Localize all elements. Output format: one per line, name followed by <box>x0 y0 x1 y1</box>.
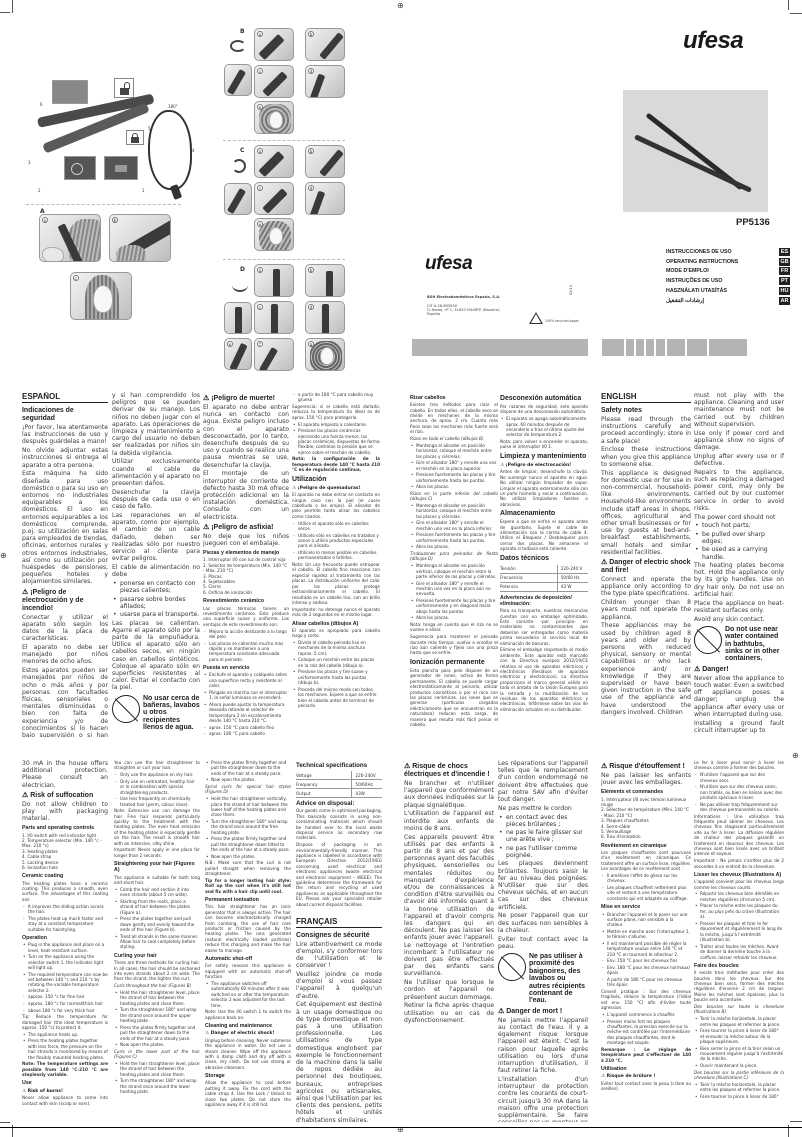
figure-separator <box>26 204 181 205</box>
language-code-badge: ES <box>779 248 790 256</box>
paragraph: Conectar y utilizar el aparato sólo segú… <box>22 614 108 643</box>
list-item: approx. 150 °c for fine hair <box>22 994 108 999</box>
section-heading: Cleaning and maintenance <box>205 1023 291 1029</box>
table-row: Potencia43 W <box>500 582 588 591</box>
figure-c-a: a <box>254 145 294 178</box>
list-item: The plates heat up much faster and stay … <box>22 916 108 932</box>
section-heading: Utilización <box>292 476 380 484</box>
paragraph: El aparato no debe entrar en contacto en… <box>292 492 380 519</box>
figure-a-a: a <box>39 214 101 262</box>
straightener-graphic <box>259 347 278 371</box>
section-heading: Parts and operating controls <box>22 825 108 831</box>
language-code-badge: HU <box>779 287 790 295</box>
list-item: Faire tourner la pince à lisser de 180° <box>694 1094 784 1099</box>
es-column-3: ⚠ ¡Peligro de muerte! El aparato no debe… <box>203 392 289 737</box>
figure-d-a: a <box>254 264 294 297</box>
header-bar-gb <box>602 339 747 356</box>
list-item: Placer la mèche entre les plaques du fer… <box>694 903 784 919</box>
paragraph: Unplug after every use or if defective. <box>694 453 784 467</box>
curl-icon <box>230 40 246 52</box>
list-item: A partir de 180 °C pour les cheveux très… <box>601 977 691 988</box>
subsection-label: Tirabuzones para peinados de fiesta (dib… <box>410 551 498 562</box>
list-item: Coloque un mechón entre las placas en la… <box>292 657 380 668</box>
list-item: Abra las placas. <box>410 615 498 620</box>
paragraph: The heating plates become hot. Hold the … <box>694 562 784 598</box>
paragraph: Les plaques chauffantes sont pourvues d'… <box>601 850 691 872</box>
paragraph: El aparato no debe ser manejado por niño… <box>22 644 108 666</box>
list-item: be pulled over sharp edges; <box>694 531 784 545</box>
figure-step-number: a <box>257 267 263 273</box>
fr-column-5: Le fer à lisser peut servir à lisser les… <box>694 760 784 1122</box>
language-title: MODE D'EMPLOI <box>666 268 709 274</box>
bullet-list: Hold the hair straightener level, place … <box>114 1061 200 1095</box>
table-row: Voltage220-240V <box>296 771 382 780</box>
straightener-graphic <box>258 34 284 60</box>
language-title: INSTRUÇÕES DE USO <box>666 278 723 284</box>
figure-d-b: b <box>305 264 345 297</box>
product-diagram: 6 3 2 1 4 5 180° <box>30 70 200 210</box>
paragraph: Las placas se calientan. Agarre el apara… <box>112 620 200 692</box>
list-item: Presser moins fort les plaques chauffant… <box>601 1019 691 1046</box>
bullet-list: Mantenga el alisador en posición vertica… <box>410 563 498 621</box>
section-heading: Consignes de sécurité <box>296 932 382 940</box>
bullet-list: Only use the appliance on dry hair. Only… <box>114 772 200 807</box>
list-item: Utilícelo lo menos posible en cabellos p… <box>292 550 380 561</box>
straightener-graphic <box>262 71 287 96</box>
figure-separator <box>223 140 345 141</box>
company-address-3: España <box>427 312 440 316</box>
language-pt: INSTRUÇÕES DE USOPT <box>666 278 802 287</box>
bullet-list: Divida el cabello peinado liso en mechon… <box>292 640 380 708</box>
list-item: N'utiliser l'appareil que sur des cheveu… <box>694 772 784 783</box>
paragraph: Ces appareils peuvent être utilisés par … <box>404 834 494 978</box>
paragraph: Retirer la fiche après chaque utilisatio… <box>404 1002 494 1024</box>
note-paragraph: Note: Extensive use can damage the hair.… <box>114 808 200 846</box>
bullet-list: Mejora la acción deslizante a lo largo d… <box>203 629 289 663</box>
paragraph: Lire attentivement ce mode d'emploi, s'y… <box>296 941 382 970</box>
part-number: 1 <box>142 188 145 193</box>
list-item: El aparato se apaga automáticamente apro… <box>500 416 588 438</box>
warning-heading: ⚠ Danger de mort ! <box>498 1008 588 1016</box>
brand-logo-back: ufesa <box>425 253 472 275</box>
list-item: ne pas le faire glisser sur une arête vi… <box>498 829 588 843</box>
registration-mark-icon: ⊕ <box>792 751 799 760</box>
face-graphic <box>93 285 113 313</box>
spec-label: Output <box>296 789 352 798</box>
paragraph: Never allow the appliance to touch water… <box>694 675 784 718</box>
paragraph: 30 mA in the house offers additional pro… <box>22 760 108 789</box>
part-number: 4 <box>192 148 195 153</box>
paragraph: Please read through the instructions car… <box>601 416 691 445</box>
fold-line <box>0 1127 802 1128</box>
paragraph: Les réparations sur l'appareil telles qu… <box>498 760 588 803</box>
figure-step-number: d <box>308 185 314 191</box>
straightener-graphic <box>319 32 344 59</box>
paragraph: Las placas térmicas tienen un revestimie… <box>203 606 289 628</box>
language-ar: إرشادات التشغيلAR <box>666 298 802 307</box>
warning-heading: ⚠ Risque de chocs électriques et d'incen… <box>404 763 494 779</box>
straightener-graphic <box>229 343 247 370</box>
header-bar-es <box>412 339 588 356</box>
paragraph: Ne brancher et n'utiliser l'appareil que… <box>404 780 494 809</box>
paragraph: Repairs to the appliance, such as replac… <box>694 469 784 512</box>
bullet-list: a partir de 180 °C para cabello muy grue… <box>292 392 380 403</box>
list-item: Starting from the roots, place a strand … <box>114 899 200 915</box>
warning-heading: ⚠ Risque d'étouffement ! <box>601 763 691 771</box>
figure-step-number: c <box>257 185 263 191</box>
subsection-heading: Lisser les cheveux (Illustrations A) <box>694 872 784 878</box>
section-language-heading: ESPAÑOL <box>22 392 108 403</box>
paragraph: must not play with the appliance. Cleani… <box>694 392 784 428</box>
section-heading: Storage <box>205 1073 291 1079</box>
figure-step-number: a <box>42 217 48 223</box>
list-item: Póngalo en marcha con el interruptor 1, … <box>203 690 289 701</box>
list-item: Press the plates together and pull down … <box>114 916 200 932</box>
parts-item: 6. Orificio de ionización <box>203 590 289 595</box>
warning-heading: ⚠ Risk of suffocation <box>22 792 108 800</box>
list-item: Now open the plates. <box>114 1042 200 1047</box>
gb-column-1: ENGLISH Safety notes Please read through… <box>601 392 691 737</box>
paragraph: Le fer à lisser peut servir à lisser les… <box>694 760 784 771</box>
power-cord <box>148 110 192 190</box>
bullet-list: Press the plates firmly together and pul… <box>205 760 291 783</box>
warning-text: No usar cerca de bañeras, lavabos u otro… <box>143 695 200 732</box>
list-item: The required temperature can now be set … <box>22 972 108 994</box>
list-item: touch hot parts; <box>694 522 784 529</box>
section-language-heading: ENGLISH <box>601 392 691 403</box>
list-item: be used as a carrying handle. <box>694 546 784 560</box>
figure-b-d: d <box>305 65 345 98</box>
figure-d-e: e <box>224 338 252 370</box>
paragraph: This appliance is designed for domestic … <box>601 470 691 556</box>
list-item: It improves the sliding action across th… <box>22 904 108 915</box>
warning-heading: ⚠ ¡Peligro de muerte! <box>203 395 289 403</box>
figure-label-b: B <box>240 28 245 35</box>
no-water-warning: Ne pas utiliser à proximité des baignoir… <box>498 953 588 1005</box>
parts-item: 2. Sélecteur de température (Mini. 140 °… <box>601 807 691 818</box>
part-number: 2 <box>38 188 41 193</box>
table-row: Frecuencia50/60 Hz <box>500 573 588 582</box>
spec-value: 220-240V <box>352 771 382 780</box>
section-heading: Technical specifications <box>296 763 382 769</box>
bullet-list: N'utiliser l'appareil que sur des cheveu… <box>694 772 784 812</box>
paragraph: Allow the appliance to cool before putti… <box>205 1080 291 1107</box>
paragraph: The appliance is suitable for both long … <box>114 875 200 886</box>
section-heading: Desconexión automática <box>500 395 588 403</box>
subsection-label: Curls in the lower part of the hair (Fig… <box>114 1049 200 1060</box>
straightener-graphic <box>271 304 278 334</box>
list-item: Répartir les cheveux bien démêlés en mèc… <box>694 891 784 902</box>
language-code-badge: PT <box>779 277 790 285</box>
paragraph: Les plaques deviennent brûlantes. Toujou… <box>498 860 588 910</box>
print-code: 02/13 <box>569 285 573 295</box>
figure-b-b: b <box>305 28 345 61</box>
list-item: Presser les plaques et tirer le fer douc… <box>694 921 784 943</box>
list-item: Presione las placas y tire suave y unifo… <box>292 669 380 685</box>
es-column-5: Rizar cabellos Existen tres métodos para… <box>410 392 498 737</box>
tip-paragraph: Conseil pratique : Sur des cheveux fragi… <box>601 989 691 1011</box>
part-number: 5 <box>148 126 151 131</box>
warning-heading: ⚠ ¡Peligro de electrocución! <box>500 463 588 469</box>
part-number: 6 <box>40 102 43 107</box>
list-item: El aparato empieza a calentarse. <box>292 422 380 427</box>
list-item: Turn on the appliance using the selector… <box>22 954 108 970</box>
spec-label: Frequency <box>296 780 352 789</box>
temperature-dial-detail <box>64 156 96 180</box>
figure-step-number: f <box>257 341 263 347</box>
paragraph: Installing a ground fault circuit interr… <box>694 720 784 734</box>
paragraph: Por razones de seguridad, este aparato d… <box>500 404 588 415</box>
paragraph: Never allow appliance to come into conta… <box>22 1095 108 1106</box>
tip-paragraph: Tip: Reduce the temperature for damaged … <box>22 1014 108 1030</box>
figure-step-number: b <box>308 31 314 37</box>
bullet-list: Plug in the appliance and place on a lev… <box>22 942 108 1013</box>
list-item: Press the plates firmly together and pul… <box>205 836 291 852</box>
figure-separator <box>223 259 345 260</box>
bullet-list: El aparato empieza a calentarse. Presion… <box>292 422 380 456</box>
paragraph: No deje que los niños jueguen con el emb… <box>203 533 289 547</box>
list-item: Gire el alisador 180° y enrolle el mechó… <box>410 581 498 597</box>
registration-mark-icon: ⊕ <box>397 1 404 10</box>
face-graphic <box>269 227 283 245</box>
list-item: Comb the hair and section it into even s… <box>114 887 200 898</box>
warning-heading: ⚠ ¡Peligro de quemaduras! <box>292 486 380 492</box>
subsection-label: Des boucles sur la partie inférieure de … <box>694 1070 784 1081</box>
figure-step-number: d <box>308 68 314 74</box>
bullet-list: The appliance switches off automatically… <box>205 981 291 1008</box>
list-item: Il améliore l'effet de glisse sur les ch… <box>601 873 691 884</box>
section-heading: Piezas y elementos de manejo <box>203 550 289 556</box>
list-item: L'appareil commence à chauffer. <box>601 1012 691 1017</box>
subsection-heading: Faire des boucles <box>694 963 784 969</box>
section-heading: Utilisation <box>601 1066 691 1072</box>
section-heading: Almacenamiento <box>500 510 588 518</box>
list-item: Use less frequently on chemically treate… <box>114 796 200 807</box>
figure-step-number: e <box>227 341 233 347</box>
no-water-warning: Do not use near water contained in batht… <box>694 626 784 663</box>
parts-item: 1. Interrupteur I/0 avec témoin lumineux… <box>601 797 691 808</box>
figure-d-f: f <box>254 338 294 371</box>
table-row: Frequency50/60Hz <box>296 780 382 789</box>
list-item: Gire el alisador 180° y enrolle el mechó… <box>410 520 498 531</box>
figure-c-b: b <box>305 145 345 178</box>
warning-heading: ⚠ Risque de brûlure ! <box>601 1074 691 1080</box>
list-item: Hold the hair straightener vertically, p… <box>205 796 291 818</box>
warning-heading: ⚠ Risk of burns! <box>22 1089 108 1095</box>
subsection-label: Spiral curls for special hair styles (Fi… <box>205 784 291 795</box>
subsection-heading: Alisar cabellos (dibujos A) <box>292 621 380 627</box>
spec-value: 43 W <box>557 582 588 591</box>
brand-logo-front: ufesa <box>683 27 743 55</box>
list-item: ponerse en contacto con piezas calientes… <box>112 580 200 594</box>
list-item: Gire el alisador 180° y enrolle una vez … <box>410 460 498 471</box>
list-item: Presione fuertemente las placas y tire u… <box>410 598 498 614</box>
list-item: Only use on untreated, healthy hair or i… <box>114 779 200 795</box>
list-item: a partir de 180 °C para cabello muy grue… <box>292 392 380 403</box>
parts-item: 6. Ionization hole <box>22 865 108 870</box>
list-item: Mettre en marche avec l'interrupteur 1, … <box>601 929 691 940</box>
list-item: Env. 180 °C pour les cheveux normaux/ ép… <box>601 965 691 976</box>
section-heading: Mise en service <box>601 904 691 910</box>
figure-grid-c: C a b c d e <box>230 145 350 255</box>
list-item: N'utiliser que sur des cheveux sains, no… <box>694 784 784 800</box>
fr-column-3: Les réparations sur l'appareil telles qu… <box>498 760 588 1122</box>
paragraph: Dispose of packaging in an environmental… <box>296 842 382 907</box>
es-column-1: ESPAÑOL Indicaciones de seguridad ¡Por f… <box>22 392 108 737</box>
paragraph: ¡Por favor, lea atentamente las Instrucc… <box>22 424 108 446</box>
parts-item: 2. Temperature selector (Min. 140 °c - M… <box>22 838 108 849</box>
figure-d-g: g <box>305 338 345 371</box>
paragraph: Enclose these instructions when you give… <box>601 446 691 468</box>
straightener-graphic <box>310 191 325 215</box>
subsection-label: Rizos en la parte inferior del cabello (… <box>410 491 498 502</box>
bullet-list: Enchufe el aparato y colóquelo sobre una… <box>203 672 289 737</box>
list-item: Tenir la mèche horizontale, la placer en… <box>694 1082 784 1093</box>
note-paragraph: Note: The temperature settings are possi… <box>22 1061 108 1077</box>
section-heading: Safety notes <box>601 407 691 415</box>
no-bath-icon <box>498 953 526 981</box>
list-item: Mantenga el alisador en posición vertica… <box>410 563 498 579</box>
subsection-heading: Straightening your hair (Figures A) <box>114 861 200 873</box>
spec-value: 220-240 V <box>557 565 588 574</box>
list-item: Brancher l'appareil et le poser sur une … <box>601 912 691 928</box>
paragraph: L'utilisation de l'appareil est interdit… <box>404 810 494 832</box>
list-item: above 180 °c for very thick hair <box>22 1008 108 1013</box>
list-item: Enchufe el aparato y colóquelo sobre una… <box>203 672 289 688</box>
gb-column-4: You can use the hair straightener to str… <box>114 760 200 1122</box>
list-item: Las placas se calientan mucho más rápido… <box>203 641 289 663</box>
bullet-list: Tenir la mèche horizontale, la placer en… <box>694 1082 784 1099</box>
paragraph: Existen tres métodos para rizar el cabel… <box>410 402 498 434</box>
subsection-heading: Curling your hair <box>114 953 200 959</box>
figure-label-c: C <box>240 147 244 154</box>
language-list: INSTRUCCIONES DE USOES OPERATING INSTRUC… <box>666 249 802 309</box>
list-item: Utilice el aparato sólo en cabellos seco… <box>292 521 380 532</box>
rotation-angle: 180° <box>168 104 178 109</box>
es-column-6: Desconexión automática Por razones de se… <box>500 392 588 737</box>
bullet-list: Tenir la mèche horizontale, la placer en… <box>694 1016 784 1068</box>
warning-heading: ⚠ Danger of electric shock and fire! <box>601 559 691 575</box>
list-item: Plug in the appliance and place on a lev… <box>22 942 108 953</box>
bullet-list: ponerse en contacto con piezas calientes… <box>112 580 200 618</box>
warning-heading: ⚠ Danger! <box>694 666 784 674</box>
paragraph: Desenchufar la clavija después de cada u… <box>112 489 200 511</box>
paragraph: Para su transporte, nuestras mercancías … <box>500 608 588 646</box>
list-item: Now open the plates. <box>205 854 291 859</box>
bullet-list: Mantenga el alisador en posición horizon… <box>410 503 498 550</box>
list-item: Presione fuertemente las placas y tire u… <box>410 532 498 543</box>
bullet-list: L'appareil commence à chauffer. Presser … <box>601 1012 691 1046</box>
list-item: Abra las placas. <box>410 544 498 549</box>
straightener-graphic <box>326 271 333 297</box>
list-item: Traiter ainsi toutes les mèches. Avant d… <box>694 944 784 960</box>
spiral-icon <box>232 278 248 292</box>
product-photo <box>623 90 768 212</box>
no-bath-icon <box>694 626 722 654</box>
paragraph: Ne poser l'appareil que sur des surfaces… <box>498 912 588 934</box>
tip-paragraph: Tip for a longer lasting hair style: Rol… <box>205 878 291 894</box>
crop-mark <box>0 12 10 13</box>
paragraph: El aparato es apropiado para cabello lar… <box>292 628 380 639</box>
figure-grid-b: B a b c d e <box>230 28 350 138</box>
section-heading: Use <box>22 1080 108 1086</box>
section-heading: Permanent ionisation <box>205 897 291 903</box>
list-item: Faire tourner la pince à lisser de 180° … <box>694 1028 784 1044</box>
note-paragraph: Nota: tenga en cuenta que el rizo no se … <box>410 622 498 633</box>
bullet-list: Hold the hair straightener vertically, p… <box>205 796 291 859</box>
list-item: Now open the plates. <box>205 777 291 782</box>
paragraph: Ne jamais mettre l'appareil au contact d… <box>498 1017 588 1075</box>
paragraph: Children younger than 8 years must not o… <box>601 599 691 621</box>
bullet-list: The appliance heats up. Press the heatin… <box>22 1032 108 1060</box>
note-paragraph: Note: Use the I/0 switch 1 to switch the… <box>205 1009 291 1020</box>
paragraph: Connect and operate the appliance only a… <box>601 576 691 598</box>
bullet-list: Hold the hair straightener level, place … <box>114 990 200 1048</box>
subsection-label: Curls throughout the hair (Figures B) <box>114 983 200 988</box>
fr-column-2: ⚠ Risque de chocs électriques et d'incen… <box>404 760 494 1122</box>
list-item: Utilícelo sólo en cabellos no tratados y… <box>292 533 380 549</box>
no-bath-icon <box>112 695 140 723</box>
paragraph: L'appareil convient pour les cheveux lon… <box>694 879 784 890</box>
list-item: Press the plates firmly together and pul… <box>114 1025 200 1041</box>
spec-label: Frecuencia <box>500 573 557 582</box>
warning-text: Do not use near water contained in batht… <box>725 626 784 663</box>
list-item: Presione las placas cerámicas ejerciendo… <box>292 428 380 455</box>
spec-label: Potencia <box>500 582 557 591</box>
list-item: Env. 150 °C pour les cheveux fins <box>601 958 691 963</box>
figure-step-number: c <box>73 275 79 281</box>
parts-item: 6. Trou d'ionisation <box>601 834 691 839</box>
registration-mark-icon: ⊕ <box>0 551 7 560</box>
paragraph: Elimine el embalaje respetando el medio … <box>500 647 588 712</box>
straightener-photo-lower <box>634 134 752 193</box>
section-heading: Datos técnicos <box>500 555 588 563</box>
bullet-list: Utilice el aparato sólo en cabellos seco… <box>292 521 380 561</box>
list-item: Treat all strands in the same manner. Al… <box>114 934 200 950</box>
recycled-paper-note: 100% recycled paper <box>545 319 579 323</box>
figure-b-c: c <box>254 65 294 98</box>
figure-step-number: d <box>308 304 314 310</box>
list-item: Only use the appliance on dry hair. <box>114 772 200 777</box>
figure-c-1 <box>224 183 252 215</box>
company-name: BSH Electrodomésticos España, S.A. <box>427 295 500 299</box>
lock-closed-icon <box>126 130 144 145</box>
paragraph: Our goods come in optimised packaging. T… <box>296 808 382 840</box>
figure-d-1 <box>224 302 252 334</box>
figure-d-d: d <box>305 301 345 334</box>
figure-label-d: D <box>240 266 245 273</box>
switch-detail <box>104 156 138 180</box>
section-heading: Revêtement en céramique <box>601 843 691 849</box>
face-graphic <box>320 347 334 365</box>
figure-c-d: d <box>305 182 345 215</box>
list-item: Abra las placas. <box>410 484 498 489</box>
figure-d-c: c <box>254 301 294 334</box>
figure-a-b: b <box>109 214 171 262</box>
important-paragraph: Importante: no detenga nunca el aparato … <box>292 607 380 618</box>
list-item: Hold the hair straightener level, place … <box>114 1061 200 1077</box>
paragraph: These appliances may be used by children… <box>601 622 691 716</box>
es-column-2: y si han comprendido los peligros que se… <box>112 392 200 737</box>
language-title: OPERATING INSTRUCTIONS <box>666 259 738 265</box>
paragraph: For safety reasons this appliance is equ… <box>205 963 291 979</box>
paragraph: Place the appliance on heat-resistant su… <box>694 600 784 614</box>
section-heading: Indicaciones de seguridad <box>22 407 108 423</box>
table-row: Output43W <box>296 789 382 798</box>
language-title: INSTRUCCIONES DE USO <box>666 249 732 255</box>
crop-mark <box>12 0 13 13</box>
bullet-list: Mantenga el alisador en posición horizon… <box>410 443 498 490</box>
